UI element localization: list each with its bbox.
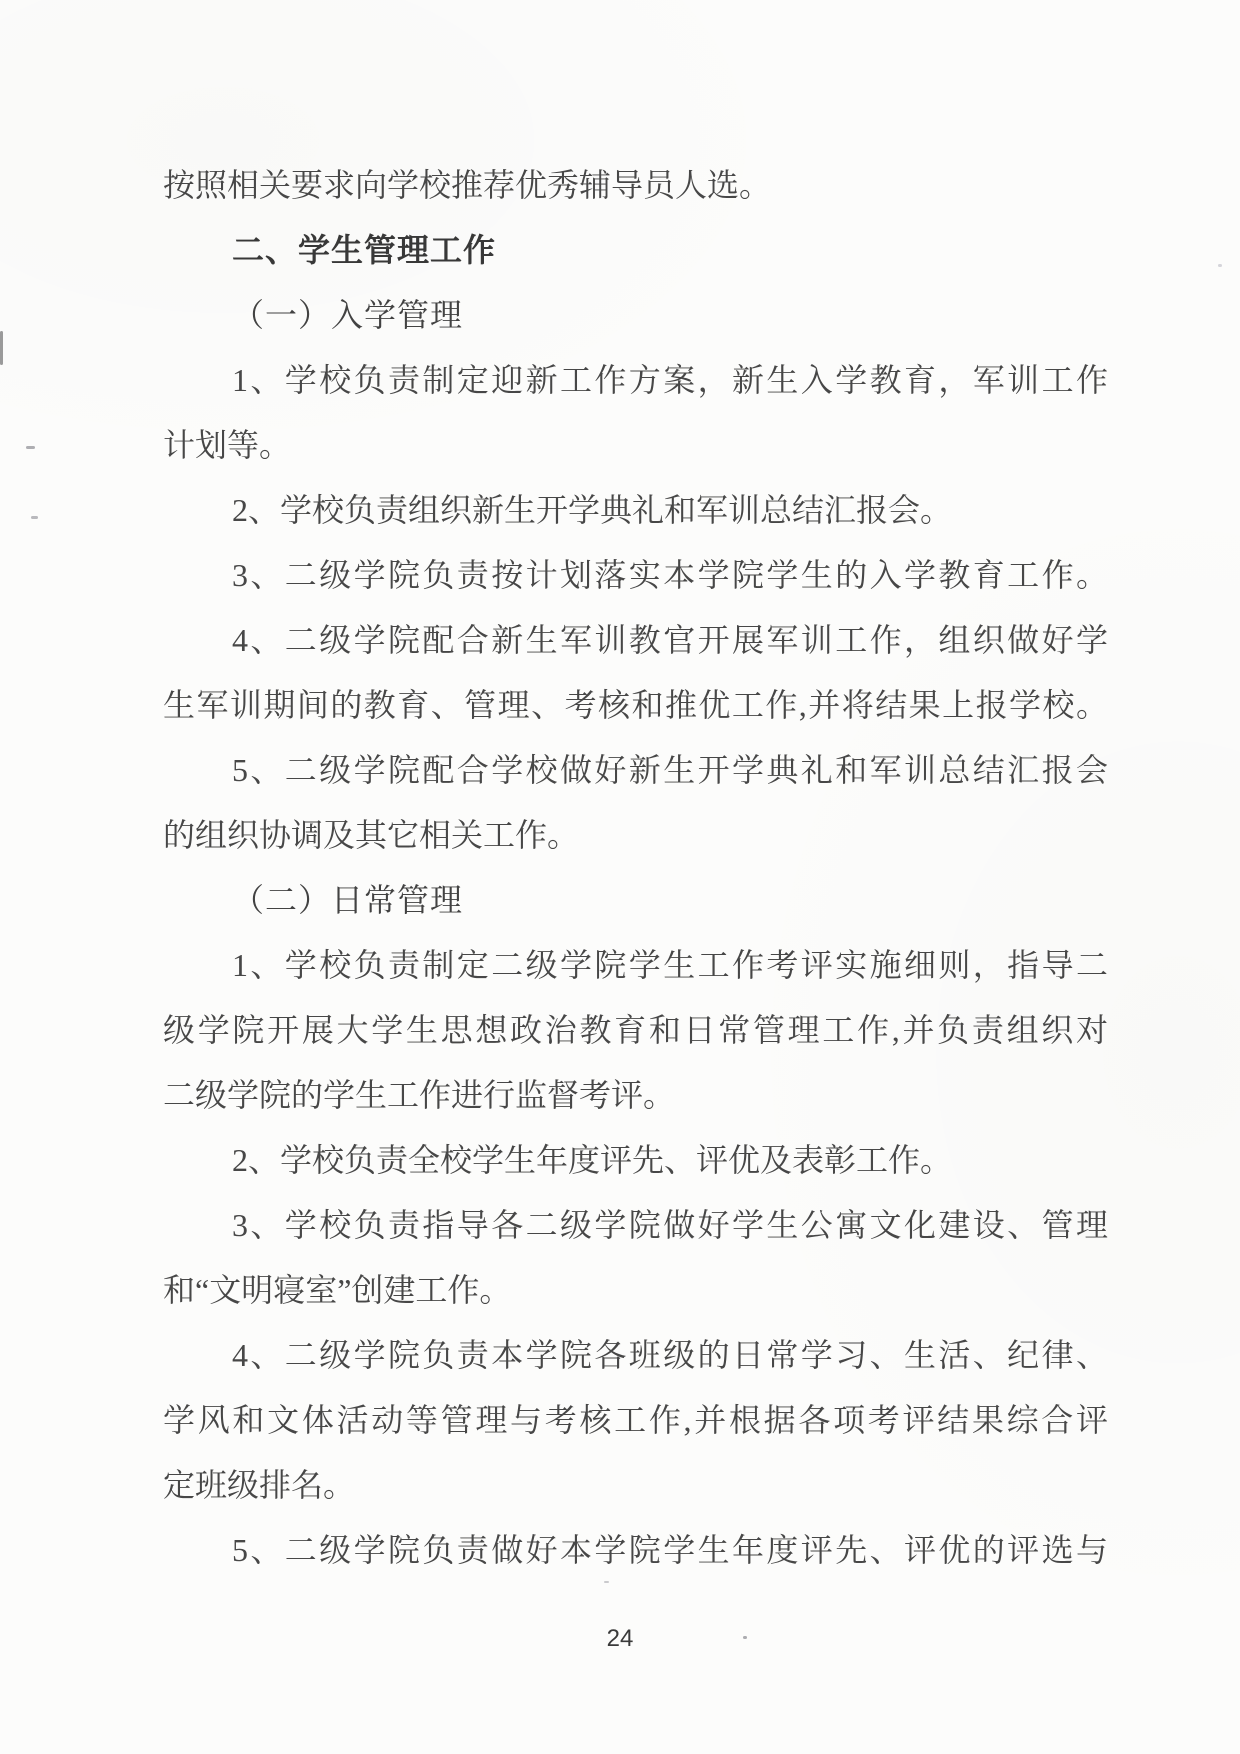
text-line: 3、二级学院负责按计划落实本学院学生的入学教育工作。	[163, 543, 1108, 608]
scan-artifact	[604, 1581, 609, 1583]
scan-artifact	[26, 446, 35, 449]
scan-artifact	[1218, 264, 1222, 267]
page-number: 24	[0, 1624, 1240, 1654]
scan-artifact	[31, 516, 38, 519]
text-line: 计划等。	[163, 413, 1108, 478]
text-line: 二级学院的学生工作进行监督考评。	[163, 1063, 1108, 1128]
section-heading: 二、学生管理工作	[163, 218, 1108, 283]
text-line: 4、二级学院负责本学院各班级的日常学习、生活、纪律、	[163, 1323, 1108, 1388]
text-line: 按照相关要求向学校推荐优秀辅导员人选。	[163, 153, 1108, 218]
text-line: 3、学校负责指导各二级学院做好学生公寓文化建设、管理	[163, 1193, 1108, 1258]
text-line: 学风和文体活动等管理与考核工作,并根据各项考评结果综合评	[163, 1388, 1108, 1453]
subsection-heading: （一）入学管理	[163, 283, 1108, 348]
text-line: 2、学校负责组织新生开学典礼和军训总结汇报会。	[163, 478, 1108, 543]
text-line: 2、学校负责全校学生年度评先、评优及表彰工作。	[163, 1128, 1108, 1193]
text-line: 定班级排名。	[163, 1453, 1108, 1518]
scan-artifact	[0, 331, 3, 365]
text-line: 级学院开展大学生思想政治教育和日常管理工作,并负责组织对	[163, 998, 1108, 1063]
scan-artifact	[743, 1636, 747, 1639]
text-line: 5、二级学院负责做好本学院学生年度评先、评优的评选与	[163, 1518, 1108, 1583]
document-text: 按照相关要求向学校推荐优秀辅导员人选。二、学生管理工作（一）入学管理1、学校负责…	[163, 153, 1108, 1583]
scanned-document-page: 按照相关要求向学校推荐优秀辅导员人选。二、学生管理工作（一）入学管理1、学校负责…	[0, 0, 1240, 1754]
text-line: 5、二级学院配合学校做好新生开学典礼和军训总结汇报会	[163, 738, 1108, 803]
subsection-heading: （二）日常管理	[163, 868, 1108, 933]
text-line: 4、二级学院配合新生军训教官开展军训工作，组织做好学	[163, 608, 1108, 673]
text-line: 和“文明寝室”创建工作。	[163, 1258, 1108, 1323]
text-line: 1、学校负责制定迎新工作方案，新生入学教育，军训工作	[163, 348, 1108, 413]
text-line: 生军训期间的教育、管理、考核和推优工作,并将结果上报学校。	[163, 673, 1108, 738]
text-line: 1、学校负责制定二级学院学生工作考评实施细则，指导二	[163, 933, 1108, 998]
text-line: 的组织协调及其它相关工作。	[163, 803, 1108, 868]
